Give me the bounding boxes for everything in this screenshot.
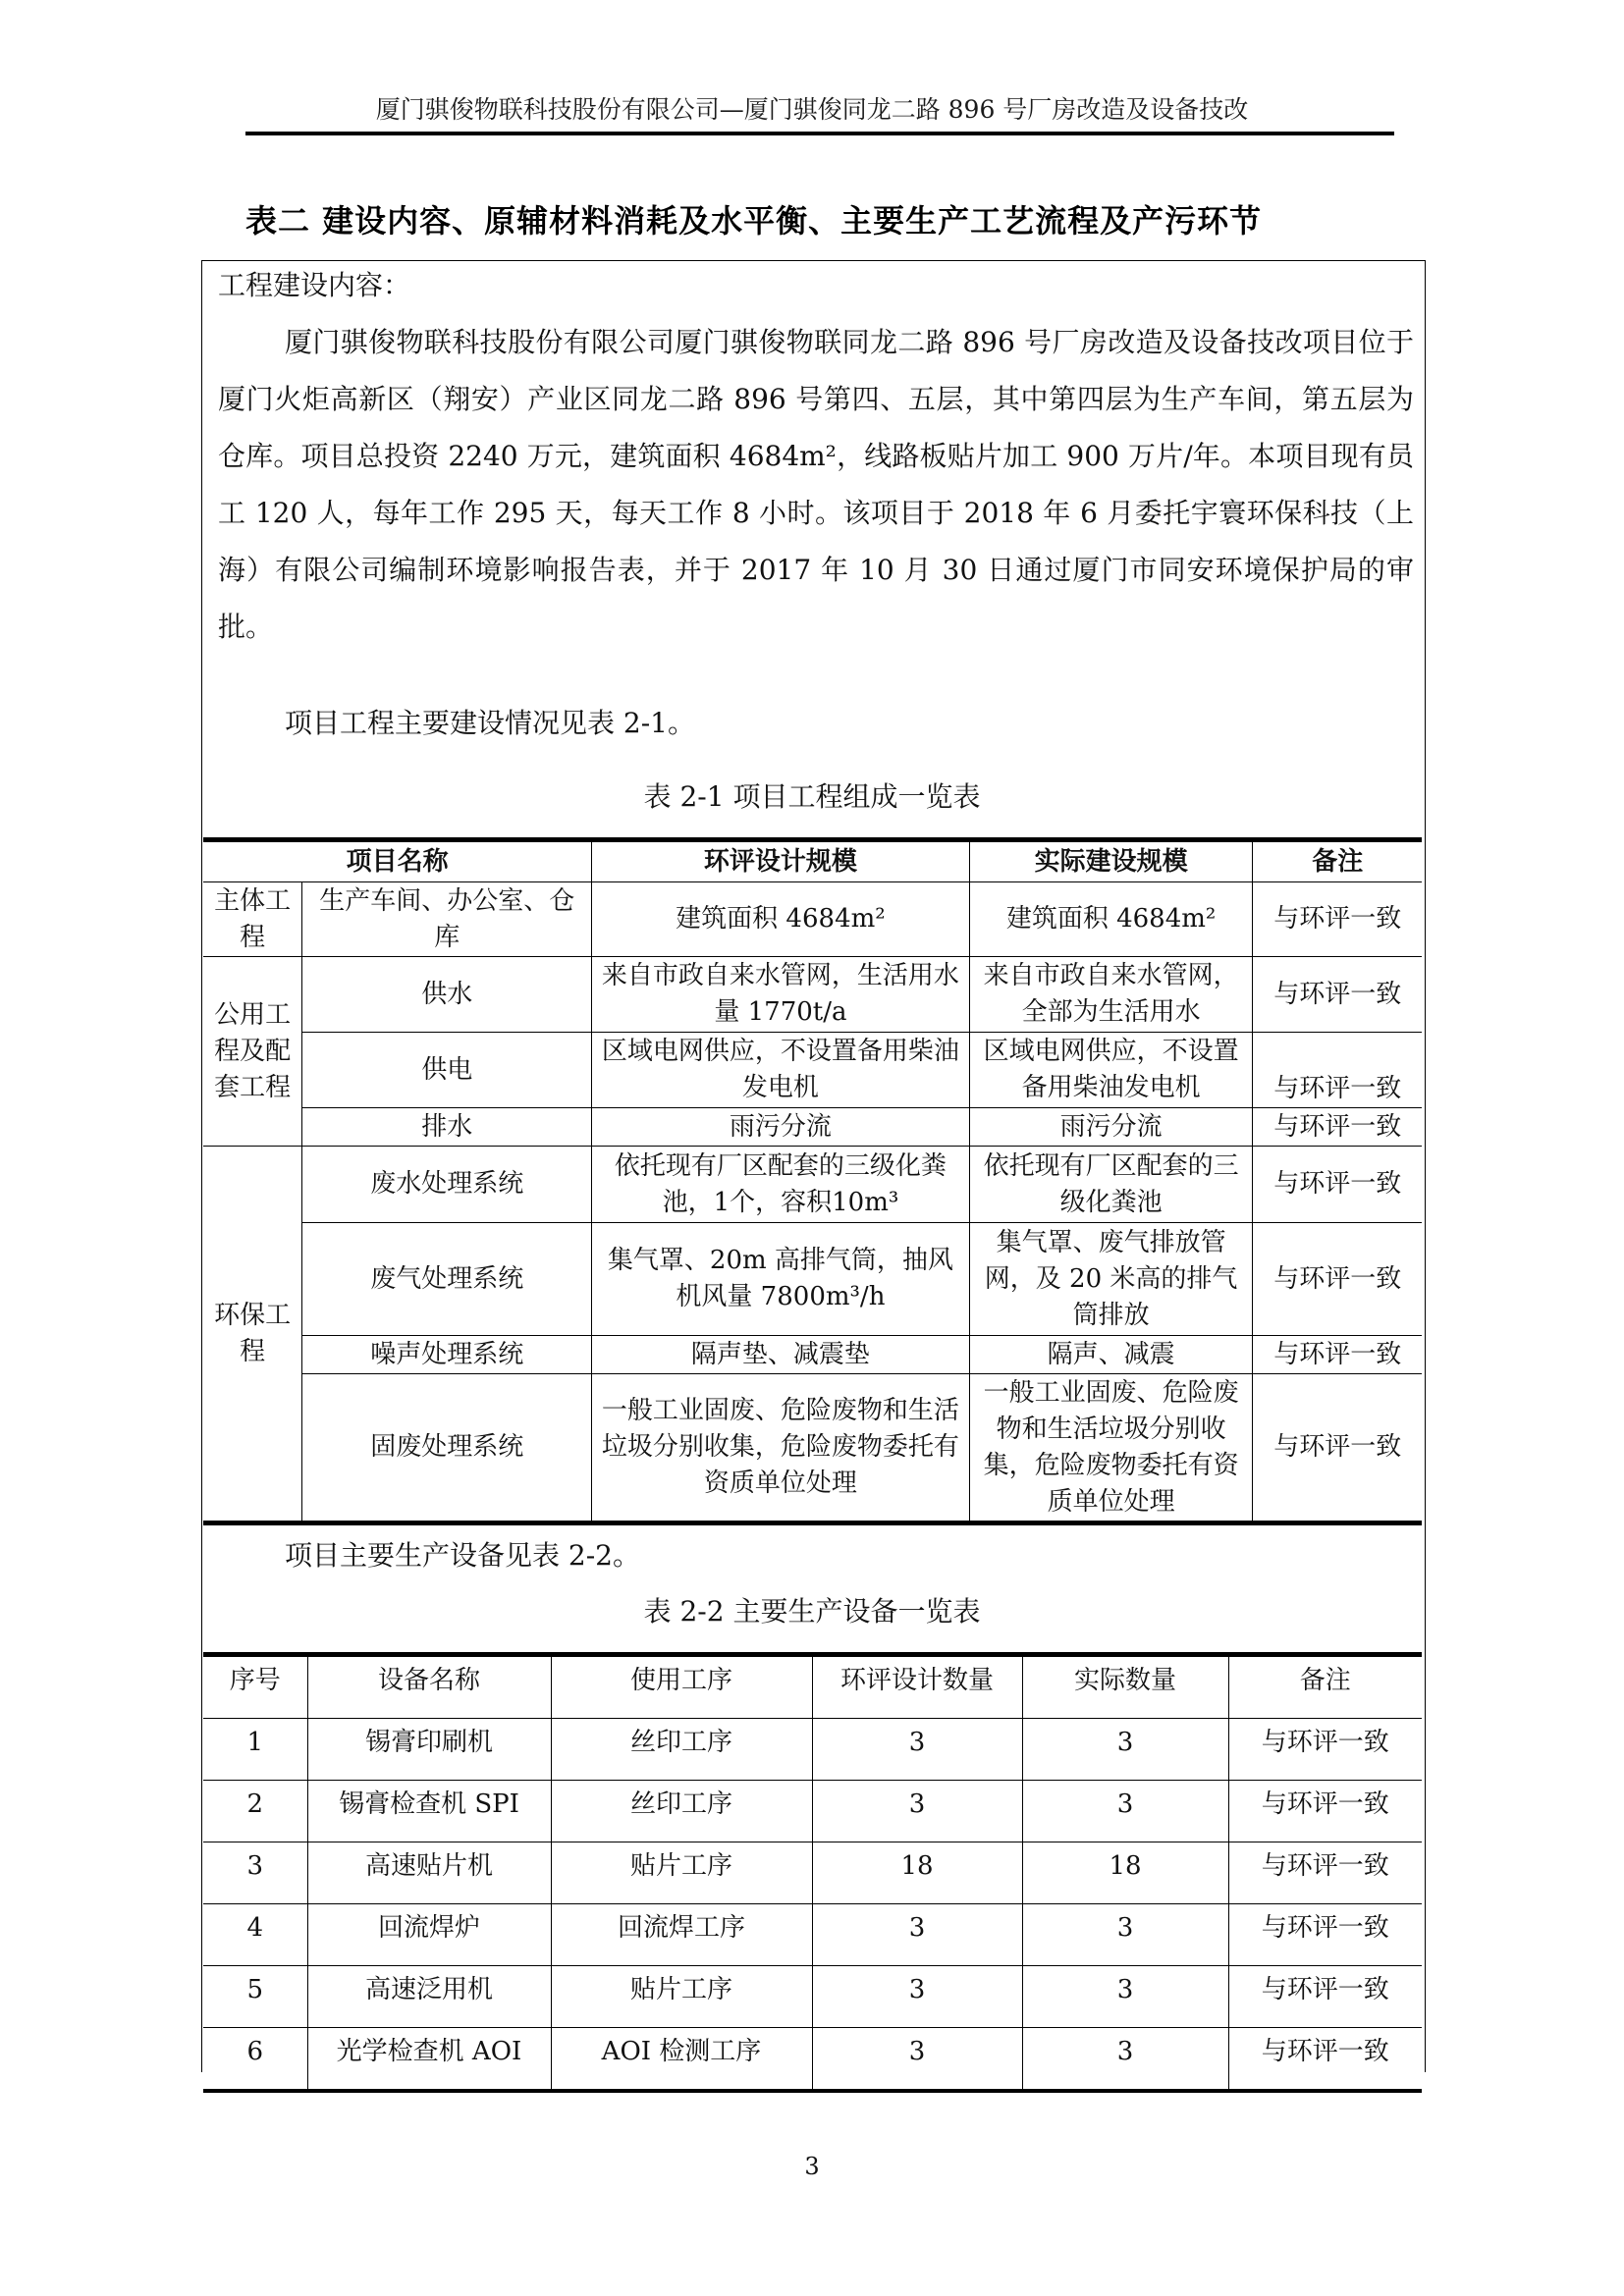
column-header: 实际数量 — [1022, 1655, 1228, 1719]
equipment-table: 序号 设备名称 使用工序 环评设计数量 实际数量 备注 1 锡膏印刷机 丝印工序… — [203, 1652, 1422, 2093]
process-cell: 丝印工序 — [551, 1781, 812, 1842]
actual-qty-cell: 3 — [1022, 1966, 1228, 2028]
process-cell: 贴片工序 — [551, 1842, 812, 1904]
running-header: 厦门骐俊物联科技股份有限公司—厦门骐俊同龙二路 896 号厂房改造及设备技改 — [0, 90, 1624, 126]
equipment-name-cell: 锡膏检查机 SPI — [307, 1781, 551, 1842]
table-header-row: 序号 设备名称 使用工序 环评设计数量 实际数量 备注 — [203, 1655, 1422, 1719]
process-cell: 丝印工序 — [551, 1719, 812, 1781]
note-cell: 与环评一致 — [1253, 957, 1422, 1033]
process-cell: 回流焊工序 — [551, 1904, 812, 1966]
table-row: 环保工程 废水处理系统 依托现有厂区配套的三级化粪池，1个，容积10m³ 依托现… — [203, 1147, 1422, 1223]
column-header: 设备名称 — [307, 1655, 551, 1719]
design-qty-cell: 3 — [812, 1781, 1022, 1842]
design-cell: 隔声垫、减震垫 — [592, 1336, 970, 1374]
table-row: 5 高速泛用机 贴片工序 3 3 与环评一致 — [203, 1966, 1422, 2028]
equipment-name-cell: 高速贴片机 — [307, 1842, 551, 1904]
design-cell: 区域电网供应，不设置备用柴油发电机 — [592, 1033, 970, 1108]
seq-cell: 4 — [203, 1904, 307, 1966]
note-cell: 与环评一致 — [1253, 1223, 1422, 1336]
actual-cell: 依托现有厂区配套的三级化粪池 — [969, 1147, 1253, 1223]
column-header: 使用工序 — [551, 1655, 812, 1719]
table-row: 2 锡膏检查机 SPI 丝印工序 3 3 与环评一致 — [203, 1781, 1422, 1842]
actual-qty-cell: 18 — [1022, 1842, 1228, 1904]
process-cell: AOI 检测工序 — [551, 2028, 812, 2092]
actual-cell: 隔声、减震 — [969, 1336, 1253, 1374]
category-cell: 公用工程及配套工程 — [203, 957, 302, 1147]
table-row: 供电 区域电网供应，不设置备用柴油发电机 区域电网供应，不设置备用柴油发电机 与… — [203, 1033, 1422, 1108]
table-row: 废气处理系统 集气罩、20m 高排气筒，抽风机风量 7800m³/h 集气罩、废… — [203, 1223, 1422, 1336]
item-cell: 废气处理系统 — [302, 1223, 592, 1336]
table-row: 6 光学检查机 AOI AOI 检测工序 3 3 与环评一致 — [203, 2028, 1422, 2092]
equipment-name-cell: 锡膏印刷机 — [307, 1719, 551, 1781]
table-row: 固废处理系统 一般工业固废、危险废物和生活垃圾分别收集，危险废物委托有资质单位处… — [203, 1374, 1422, 1523]
table-row: 排水 雨污分流 雨污分流 与环评一致 — [203, 1108, 1422, 1147]
design-qty-cell: 3 — [812, 2028, 1022, 2092]
seq-cell: 3 — [203, 1842, 307, 1904]
column-header: 序号 — [203, 1655, 307, 1719]
table-row: 公用工程及配套工程 供水 来自市政自来水管网，生活用水量 1770t/a 来自市… — [203, 957, 1422, 1033]
note-cell: 与环评一致 — [1228, 1842, 1422, 1904]
process-cell: 贴片工序 — [551, 1966, 812, 2028]
column-header: 环评设计规模 — [592, 840, 970, 882]
column-header: 备注 — [1253, 840, 1422, 882]
seq-cell: 1 — [203, 1719, 307, 1781]
actual-qty-cell: 3 — [1022, 2028, 1228, 2092]
content-label: 工程建设内容： — [218, 257, 410, 314]
item-cell: 废水处理系统 — [302, 1147, 592, 1223]
table1-reference: 项目工程主要建设情况见表 2-1。 — [285, 695, 695, 752]
seq-cell: 6 — [203, 2028, 307, 2092]
design-qty-cell: 3 — [812, 1904, 1022, 1966]
table-row: 噪声处理系统 隔声垫、减震垫 隔声、减震 与环评一致 — [203, 1336, 1422, 1374]
design-cell: 来自市政自来水管网，生活用水量 1770t/a — [592, 957, 970, 1033]
note-cell: 与环评一致 — [1253, 1374, 1422, 1523]
project-composition-table: 项目名称 环评设计规模 实际建设规模 备注 主体工程 生产车间、办公室、仓库 建… — [203, 837, 1422, 1525]
header-rule — [245, 132, 1394, 135]
actual-cell: 集气罩、废气排放管网，及 20 米高的排气筒排放 — [969, 1223, 1253, 1336]
note-cell: 与环评一致 — [1253, 1108, 1422, 1147]
category-cell: 环保工程 — [203, 1147, 302, 1523]
note-cell: 与环评一致 — [1253, 1336, 1422, 1374]
table-row: 1 锡膏印刷机 丝印工序 3 3 与环评一致 — [203, 1719, 1422, 1781]
design-qty-cell: 18 — [812, 1842, 1022, 1904]
column-header: 项目名称 — [203, 840, 592, 882]
note-cell: 与环评一致 — [1228, 2028, 1422, 2092]
item-cell: 排水 — [302, 1108, 592, 1147]
note-cell: 与环评一致 — [1228, 1719, 1422, 1781]
table2-caption: 表 2-2 主要生产设备一览表 — [0, 1590, 1624, 1629]
equipment-name-cell: 光学检查机 AOI — [307, 2028, 551, 2092]
project-description: 厦门骐俊物联科技股份有限公司厦门骐俊物联同龙二路 896 号厂房改造及设备技改项… — [218, 314, 1414, 656]
table1-caption: 表 2-1 项目工程组成一览表 — [0, 775, 1624, 815]
seq-cell: 2 — [203, 1781, 307, 1842]
design-qty-cell: 3 — [812, 1966, 1022, 2028]
design-cell: 雨污分流 — [592, 1108, 970, 1147]
actual-qty-cell: 3 — [1022, 1719, 1228, 1781]
equipment-name-cell: 回流焊炉 — [307, 1904, 551, 1966]
actual-cell: 一般工业固废、危险废物和生活垃圾分别收集，危险废物委托有资质单位处理 — [969, 1374, 1253, 1523]
note-cell: 与环评一致 — [1253, 882, 1422, 957]
design-qty-cell: 3 — [812, 1719, 1022, 1781]
design-cell: 集气罩、20m 高排气筒，抽风机风量 7800m³/h — [592, 1223, 970, 1336]
table-row: 3 高速贴片机 贴片工序 18 18 与环评一致 — [203, 1842, 1422, 1904]
actual-cell: 来自市政自来水管网，全部为生活用水 — [969, 957, 1253, 1033]
note-cell: 与环评一致 — [1228, 1781, 1422, 1842]
section-title: 表二 建设内容、原辅材料消耗及水平衡、主要生产工艺流程及产污环节 — [245, 196, 1262, 241]
item-cell: 供电 — [302, 1033, 592, 1108]
equipment-name-cell: 高速泛用机 — [307, 1966, 551, 2028]
note-cell: 与环评一致 — [1228, 1966, 1422, 2028]
seq-cell: 5 — [203, 1966, 307, 2028]
actual-cell: 雨污分流 — [969, 1108, 1253, 1147]
design-cell: 建筑面积 4684m² — [592, 882, 970, 957]
actual-qty-cell: 3 — [1022, 1904, 1228, 1966]
table-header-row: 项目名称 环评设计规模 实际建设规模 备注 — [203, 840, 1422, 882]
table2-reference: 项目主要生产设备见表 2-2。 — [285, 1527, 640, 1584]
page-number: 3 — [0, 2153, 1624, 2180]
actual-qty-cell: 3 — [1022, 1781, 1228, 1842]
item-cell: 噪声处理系统 — [302, 1336, 592, 1374]
item-cell: 供水 — [302, 957, 592, 1033]
note-cell: 与环评一致 — [1253, 1147, 1422, 1223]
design-cell: 一般工业固废、危险废物和生活垃圾分别收集，危险废物委托有资质单位处理 — [592, 1374, 970, 1523]
note-cell: 与环评一致 — [1228, 1904, 1422, 1966]
design-cell: 依托现有厂区配套的三级化粪池，1个，容积10m³ — [592, 1147, 970, 1223]
column-header: 环评设计数量 — [812, 1655, 1022, 1719]
column-header: 实际建设规模 — [969, 840, 1253, 882]
category-cell: 主体工程 — [203, 882, 302, 957]
note-cell: 与环评一致 — [1253, 1033, 1422, 1108]
item-cell: 生产车间、办公室、仓库 — [302, 882, 592, 957]
table-row: 主体工程 生产车间、办公室、仓库 建筑面积 4684m² 建筑面积 4684m²… — [203, 882, 1422, 957]
item-cell: 固废处理系统 — [302, 1374, 592, 1523]
actual-cell: 建筑面积 4684m² — [969, 882, 1253, 957]
column-header: 备注 — [1228, 1655, 1422, 1719]
actual-cell: 区域电网供应，不设置备用柴油发电机 — [969, 1033, 1253, 1108]
table-row: 4 回流焊炉 回流焊工序 3 3 与环评一致 — [203, 1904, 1422, 1966]
